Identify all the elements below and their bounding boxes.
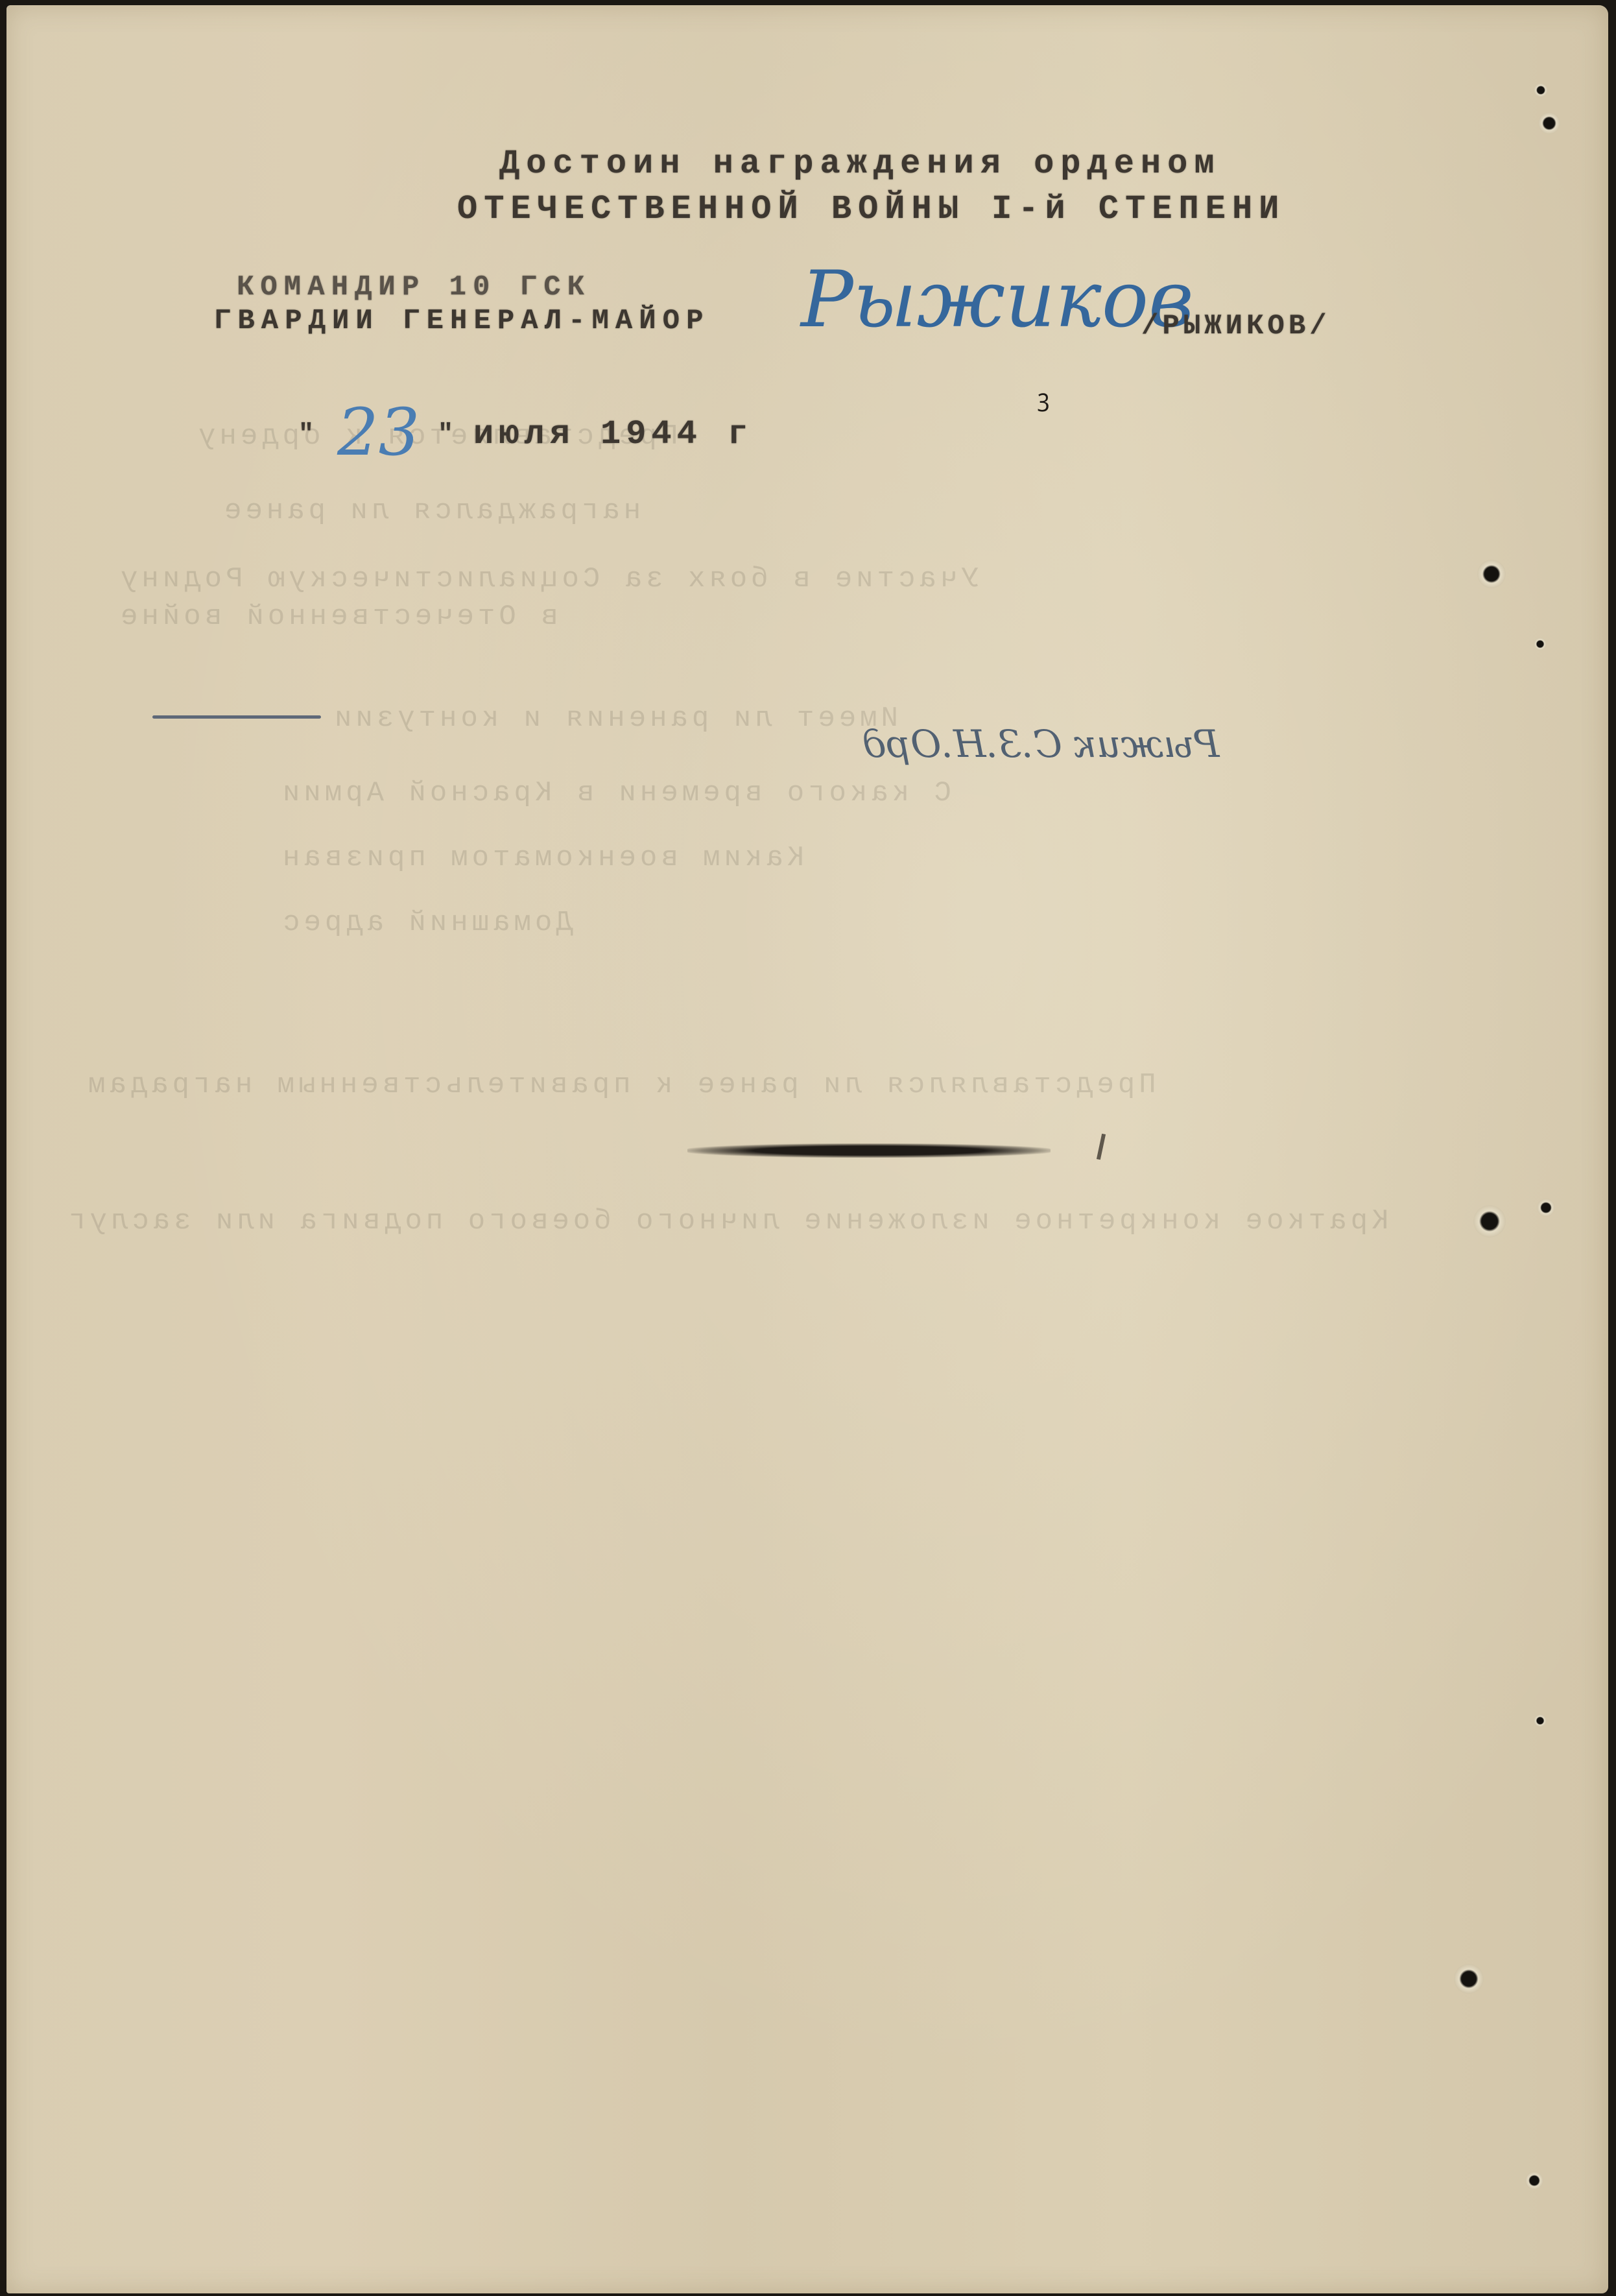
bleed-through-line: Краткое конкретное изложение личного бое… [65, 1205, 1388, 1238]
punch-hole [1538, 112, 1560, 134]
punch-hole [1477, 560, 1506, 588]
date-close-quote: " [438, 420, 460, 449]
bleed-through-line: Каким военкоматом призван [279, 842, 804, 874]
ink-mark: ꝫ [1038, 381, 1063, 407]
punch-hole [1473, 1205, 1506, 1238]
bleed-through-line: Домашний адрес [279, 907, 573, 939]
bleed-through-line: Участие в боях за Социалистическую Родин… [117, 563, 979, 595]
bleed-through-line: С какого времени в Красной Армии [279, 777, 951, 809]
bleed-through-line: награждался ли ранее [220, 495, 641, 527]
date-open-quote: " [298, 420, 320, 449]
signature: Рыжиков [801, 255, 1194, 345]
punch-hole [1454, 1964, 1484, 1994]
verdict-line-1: Достоин награждения орденом [499, 145, 1221, 183]
ink-tick [1097, 1134, 1106, 1160]
document-sheet: Представляется к ордену награждался ли р… [6, 5, 1608, 2293]
punch-hole [1525, 2171, 1543, 2190]
signatory-name: /РЫЖИКОВ/ [1141, 310, 1331, 342]
signatory-position-line-1: КОМАНДИР 10 ГСК [237, 271, 591, 304]
verdict-line-2: ОТЕЧЕСТВЕННОЙ ВОЙНЫ I-й СТЕПЕНИ [457, 190, 1285, 228]
bleed-through-line: Представлялся ли ранее к правительственн… [84, 1069, 1156, 1101]
punch-hole [1534, 638, 1547, 651]
punch-hole [1537, 1199, 1555, 1217]
bleed-through-line: Имеет ли ранения и контузии [331, 702, 898, 735]
date-month-year: июля 1944 г [473, 415, 753, 453]
punch-hole [1534, 83, 1548, 97]
bleed-through-line: в Отечественной войне [117, 601, 558, 633]
mirrored-handwritten-note: Рыжик С.З.Н.Орд [862, 722, 1219, 766]
ink-smudge [687, 1143, 1051, 1158]
date-day: 23 [337, 394, 420, 470]
signatory-position-line-2: ГВАРДИИ ГЕНЕРАЛ-МАЙОР [214, 305, 710, 337]
punch-hole [1534, 1714, 1547, 1727]
handwritten-dash [152, 715, 321, 719]
